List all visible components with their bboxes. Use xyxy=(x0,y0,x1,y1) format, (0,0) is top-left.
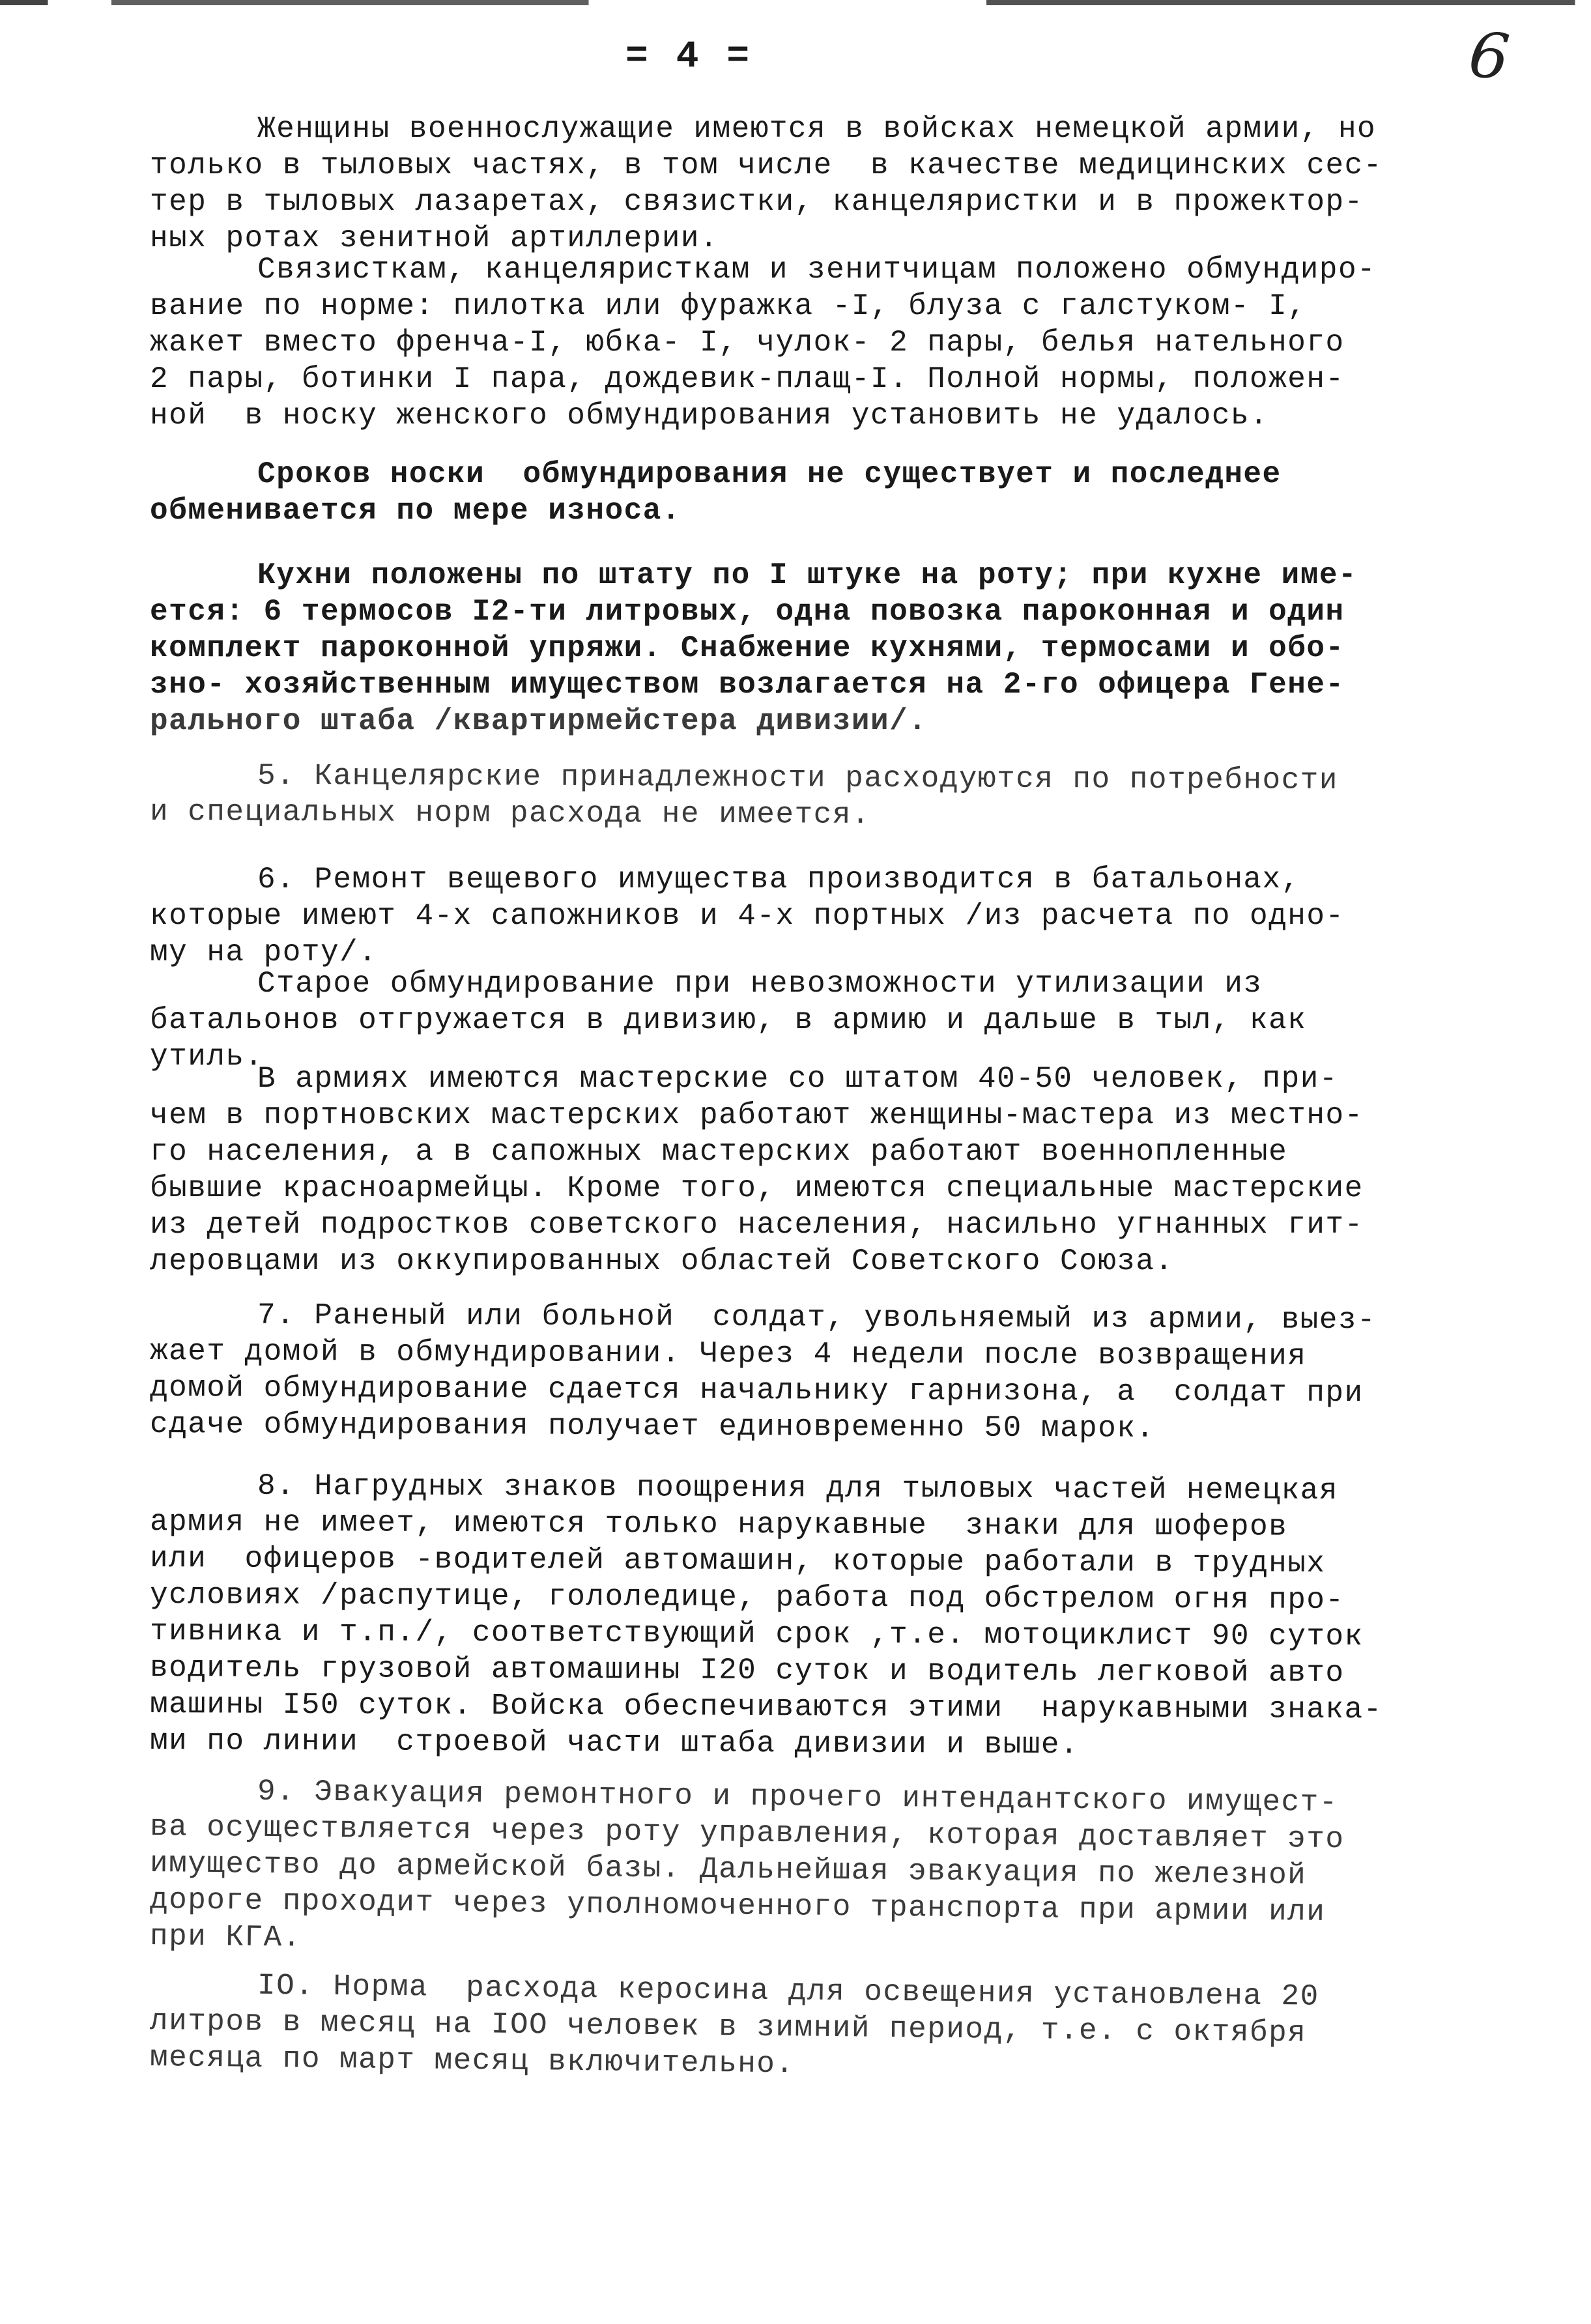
paragraph-item-8: 8. Нагрудных знаков поощрения для тыловы… xyxy=(150,1467,1583,1759)
folio-number-handwritten: 6 xyxy=(1465,18,1512,94)
text-line: машины I50 суток. Войска обеспечиваются … xyxy=(150,1686,1583,1729)
text-line: батальонов отгружается в дивизию, в арми… xyxy=(150,1002,1583,1039)
text-line: тер в тыловых лазаретах, связистки, канц… xyxy=(150,184,1583,220)
text-line: сдаче обмундирования получает единовреме… xyxy=(150,1406,1583,1449)
text-line: водитель грузовой автомашины I20 суток и… xyxy=(150,1650,1583,1693)
text-line: чем в портновских мастерских работают же… xyxy=(150,1097,1583,1134)
text-line: условиях /распутице, гололедице, работа … xyxy=(150,1577,1583,1620)
text-line: ной в носку женского обмундирования уста… xyxy=(150,397,1583,434)
text-line: которые имеют 4-х сапожников и 4-х портн… xyxy=(150,898,1583,934)
paragraph-item-6: 6. Ремонт вещевого имущества производитс… xyxy=(150,861,1583,971)
paragraph-old-uniform: Старое обмундирование при невозможности … xyxy=(150,966,1583,1075)
paragraph-uniform-norms: Связисткам, канцеляристкам и зенитчицам … xyxy=(150,251,1583,434)
text-line: Сроков носки обмундирования не существуе… xyxy=(150,456,1583,493)
text-line: и специальных норм расхода не имеется. xyxy=(150,794,1583,837)
text-line: только в тыловых частях, в том числе в к… xyxy=(150,147,1583,184)
text-line: 6. Ремонт вещевого имущества производитс… xyxy=(150,861,1583,898)
text-line: Кухни положены по штату по I штуке на ро… xyxy=(150,557,1583,594)
text-line: бывшие красноармейцы. Кроме того, имеютс… xyxy=(150,1170,1583,1207)
paragraph-item-7: 7. Раненый или больной солдат, увольняем… xyxy=(150,1297,1583,1442)
text-line: В армиях имеются мастерские со штатом 40… xyxy=(150,1061,1583,1097)
text-line: или офицеров -водителей автомашин, котор… xyxy=(150,1540,1583,1583)
text-line: из детей подростков советского населения… xyxy=(150,1207,1583,1243)
text-line: 7. Раненый или больной солдат, увольняем… xyxy=(150,1297,1583,1340)
text-line: 8. Нагрудных знаков поощрения для тыловы… xyxy=(150,1467,1583,1510)
paragraph-women-servicemembers: Женщины военнослужащие имеются в войсках… xyxy=(150,111,1583,257)
text-line: Женщины военнослужащие имеются в войсках… xyxy=(150,111,1583,147)
text-line: го населения, а в сапожных мастерских ра… xyxy=(150,1134,1583,1170)
paragraph-item-5: 5. Канцелярские принадлежности расходуют… xyxy=(150,757,1583,830)
text-line: вание по норме: пилотка или фуражка -I, … xyxy=(150,288,1583,324)
text-line: Связисткам, канцеляристкам и зенитчицам … xyxy=(150,251,1583,288)
text-line: леровцами из оккупированных областей Сов… xyxy=(150,1243,1583,1280)
text-line: 2 пары, ботинки I пара, дождевик-плащ-I.… xyxy=(150,361,1583,397)
text-line: комплект пароконной упряжи. Снабжение ку… xyxy=(150,630,1583,667)
text-line: домой обмундирование сдается начальнику … xyxy=(150,1370,1583,1413)
paragraph-kitchens: Кухни положены по штату по I штуке на ро… xyxy=(150,557,1583,739)
text-line: тивника и т.п./, соответствующий срок ,т… xyxy=(150,1613,1583,1656)
page-number: = 4 = xyxy=(625,36,752,78)
text-line: ми по линии строевой части штаба дивизии… xyxy=(150,1723,1583,1766)
text-line: зно- хозяйственным имуществом возлагаетс… xyxy=(150,667,1583,703)
text-line: 5. Канцелярские принадлежности расходуют… xyxy=(150,757,1583,800)
text-line: обменивается по мере износа. xyxy=(150,493,1583,529)
text-line: Старое обмундирование при невозможности … xyxy=(150,966,1583,1002)
text-line: рального штаба /квартирмейстера дивизии/… xyxy=(150,703,1583,739)
paragraph-item-9: 9. Эвакуация ремонтного и прочего интенд… xyxy=(150,1772,1583,1955)
text-line: жает домой в обмундировании. Через 4 нед… xyxy=(150,1333,1583,1376)
text-line: ется: 6 термосов I2-ти литровых, одна по… xyxy=(150,594,1583,630)
text-line: жакет вместо френча-I, юбка- I, чулок- 2… xyxy=(150,324,1583,361)
paragraph-wear-periods: Сроков носки обмундирования не существуе… xyxy=(150,456,1583,529)
text-line: армия не имеет, имеются только нарукавны… xyxy=(150,1504,1583,1547)
scan-top-edge xyxy=(0,0,1591,5)
paragraph-item-10: IO. Норма расхода керосина для освещения… xyxy=(150,1966,1583,2076)
paragraph-workshops: В армиях имеются мастерские со штатом 40… xyxy=(150,1061,1583,1280)
